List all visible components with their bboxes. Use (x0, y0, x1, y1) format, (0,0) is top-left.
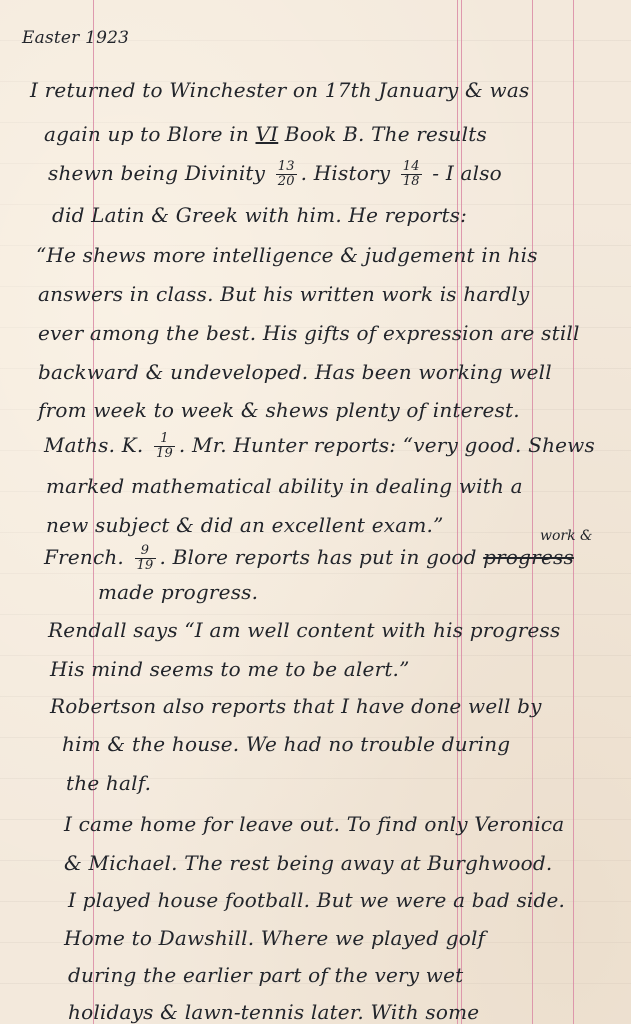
text-line: Robertson also reports that I have done … (50, 694, 542, 718)
text-line: Maths. K. 119. Mr. Hunter reports: “very… (44, 432, 595, 461)
text-line: from week to week & shews plenty of inte… (38, 398, 520, 422)
text-line: new subject & did an excellent exam.” (46, 513, 444, 537)
text-line: made progress. (98, 580, 258, 604)
text-line: “He shews more intelligence & judgement … (36, 243, 538, 267)
text-line: again up to Blore in VI Book B. The resu… (44, 122, 487, 146)
interlinear-insert: work & (540, 528, 593, 544)
text-line: did Latin & Greek with him. He reports: (52, 203, 467, 227)
text-line: backward & undeveloped. Has been working… (38, 360, 552, 384)
column-rule-outer (573, 0, 574, 1024)
text-line: & Michael. The rest being away at Burghw… (64, 851, 552, 875)
text-line: marked mathematical ability in dealing w… (46, 474, 523, 498)
text-line: him & the house. We had no trouble durin… (62, 732, 510, 756)
text-line: I returned to Winchester on 17th January… (30, 78, 529, 102)
history-fraction: 1418 (401, 160, 422, 189)
text-line: I came home for leave out. To find only … (64, 812, 564, 836)
french-fraction: 919 (135, 544, 156, 573)
text-line: holidays & lawn-tennis later. With some (68, 1000, 479, 1024)
form-numeral: VI (256, 122, 279, 146)
text-line: His mind seems to me to be alert.” (50, 657, 410, 681)
text-line: answers in class. But his written work i… (38, 282, 529, 306)
struck-word: progress (483, 545, 574, 569)
text-line: I played house football. But we were a b… (68, 888, 565, 912)
page-heading: Easter 1923 (22, 28, 129, 48)
text-line: ever among the best. His gifts of expres… (38, 321, 580, 345)
maths-fraction: 119 (154, 432, 175, 461)
text-line: the half. (66, 771, 151, 795)
text-line: during the earlier part of the very wet (68, 963, 463, 987)
diary-page: Easter 1923 I returned to Winchester on … (0, 0, 631, 1024)
text-line: shewn being Divinity 1320. History 1418 … (48, 160, 502, 189)
text-line: Rendall says “I am well content with his… (48, 618, 561, 642)
divinity-fraction: 1320 (276, 160, 297, 189)
text-line: French. 919. Blore reports has put in go… (44, 544, 574, 573)
text-line: Home to Dawshill. Where we played golf (64, 926, 485, 950)
